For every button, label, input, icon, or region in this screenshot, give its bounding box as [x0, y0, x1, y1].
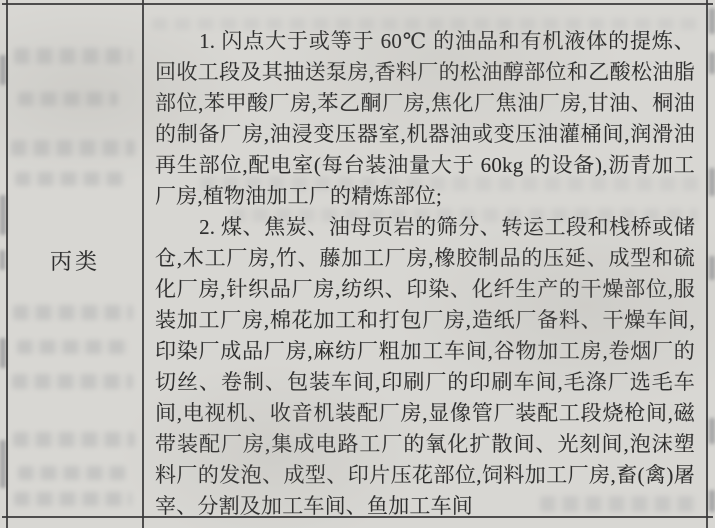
item-1-text: 1. 闪点大于或等于 60℃ 的油品和有机液体的提炼、回收工段及其抽送泵房,香料… — [155, 26, 695, 212]
scanned-page: 丙类 1. 闪点大于或等于 60℃ 的油品和有机液体的提炼、回收工段及其抽送泵房… — [0, 0, 715, 528]
bleedthrough-mark — [709, 256, 715, 280]
bleedthrough-mark — [709, 8, 715, 34]
bleedthrough-mark — [0, 250, 5, 270]
table-border-bottom — [2, 516, 713, 518]
column-divider — [142, 0, 144, 528]
category-label: 丙类 — [50, 245, 100, 276]
bleedthrough-mark — [709, 52, 715, 74]
bleedthrough-mark — [709, 168, 715, 196]
table-border-right — [706, 0, 708, 528]
bleedthrough-mark — [709, 490, 715, 512]
table-border-left — [6, 0, 8, 528]
bleedthrough-mark — [709, 418, 715, 444]
item-2-text: 2. 煤、焦炭、油母页岩的筛分、转运工段和栈桥或储仓,木工厂房,竹、藤加工厂房,… — [155, 212, 695, 522]
table-border-top — [2, 3, 713, 5]
examples-cell: 1. 闪点大于或等于 60℃ 的油品和有机液体的提炼、回收工段及其抽送泵房,香料… — [144, 5, 706, 516]
category-cell: 丙类 — [8, 5, 142, 516]
